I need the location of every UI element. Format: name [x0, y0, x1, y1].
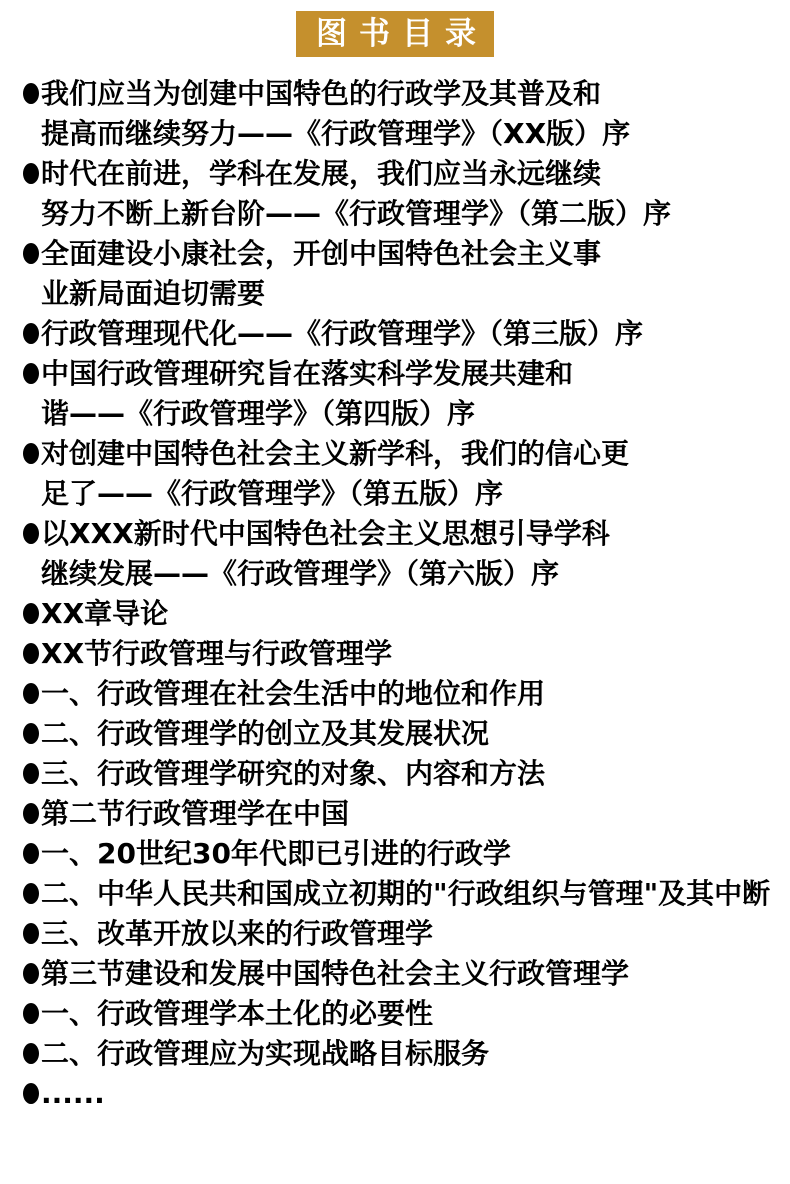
- toc-entry-text: 二、中华人民共和国成立初期的"行政组织与管理"及其中断: [41, 877, 770, 910]
- bullet-icon: [23, 523, 39, 544]
- page-title-badge: 图书目录: [296, 11, 494, 57]
- toc-entry: 一、行政管理学本土化的必要性: [23, 994, 774, 1034]
- bullet-icon: [23, 1003, 39, 1024]
- toc-entry-text: 我们应当为创建中国特色的行政学及其普及和 提高而继续努力——《行政管理学》（XX…: [41, 77, 630, 150]
- toc-entry-text: 第三节建设和发展中国特色社会主义行政管理学: [41, 957, 629, 990]
- bullet-icon: [23, 323, 39, 344]
- bullet-icon: [23, 163, 39, 184]
- toc-entry-text: XX节行政管理与行政管理学: [41, 637, 392, 670]
- bullet-icon: [23, 923, 39, 944]
- toc-entry-text: 二、行政管理应为实现战略目标服务: [41, 1037, 489, 1070]
- toc-entry-text: 一、行政管理在社会生活中的地位和作用: [41, 677, 545, 710]
- toc-entry: 三、行政管理学研究的对象、内容和方法: [23, 754, 774, 794]
- toc-entry: 二、中华人民共和国成立初期的"行政组织与管理"及其中断: [23, 874, 774, 914]
- bullet-icon: [23, 243, 39, 264]
- toc-entry: 中国行政管理研究旨在落实科学发展共建和 谐——《行政管理学》（第四版）序: [23, 354, 774, 434]
- toc-entry: 一、行政管理在社会生活中的地位和作用: [23, 674, 774, 714]
- bullet-icon: [23, 603, 39, 624]
- toc-entry: 行政管理现代化——《行政管理学》（第三版）序: [23, 314, 774, 354]
- bullet-icon: [23, 643, 39, 664]
- toc-entry-text: 一、行政管理学本土化的必要性: [41, 997, 433, 1030]
- toc-entry: ......: [23, 1074, 774, 1114]
- bullet-icon: [23, 443, 39, 464]
- bullet-icon: [23, 1083, 39, 1104]
- toc-entry: XX节行政管理与行政管理学: [23, 634, 774, 674]
- toc-entry-text: 时代在前进，学科在发展，我们应当永远继续 努力不断上新台阶——《行政管理学》（第…: [41, 157, 671, 230]
- toc-entry: 第二节行政管理学在中国: [23, 794, 774, 834]
- toc-list: 我们应当为创建中国特色的行政学及其普及和 提高而继续努力——《行政管理学》（XX…: [0, 57, 790, 1114]
- bullet-icon: [23, 683, 39, 704]
- toc-entry-text: 三、改革开放以来的行政管理学: [41, 917, 433, 950]
- toc-entry-text: 二、行政管理学的创立及其发展状况: [41, 717, 489, 750]
- toc-entry: 时代在前进，学科在发展，我们应当永远继续 努力不断上新台阶——《行政管理学》（第…: [23, 154, 774, 234]
- bullet-icon: [23, 83, 39, 104]
- bullet-icon: [23, 723, 39, 744]
- book-toc-page: 图书目录 我们应当为创建中国特色的行政学及其普及和 提高而继续努力——《行政管理…: [0, 0, 790, 1184]
- toc-entry: XX章导论: [23, 594, 774, 634]
- bullet-icon: [23, 1043, 39, 1064]
- header: 图书目录: [0, 0, 790, 57]
- bullet-icon: [23, 963, 39, 984]
- toc-entry-text: 一、20世纪30年代即已引进的行政学: [41, 837, 511, 870]
- toc-entry: 我们应当为创建中国特色的行政学及其普及和 提高而继续努力——《行政管理学》（XX…: [23, 74, 774, 154]
- toc-entry: 三、改革开放以来的行政管理学: [23, 914, 774, 954]
- bullet-icon: [23, 843, 39, 864]
- bullet-icon: [23, 763, 39, 784]
- toc-entry-text: 行政管理现代化——《行政管理学》（第三版）序: [41, 317, 643, 350]
- toc-entry-text: 以XXX新时代中国特色社会主义思想引导学科 继续发展——《行政管理学》（第六版）…: [41, 517, 610, 590]
- toc-entry-text: 三、行政管理学研究的对象、内容和方法: [41, 757, 545, 790]
- toc-entry: 一、20世纪30年代即已引进的行政学: [23, 834, 774, 874]
- toc-entry-text: 中国行政管理研究旨在落实科学发展共建和 谐——《行政管理学》（第四版）序: [41, 357, 573, 430]
- toc-entry-text: 对创建中国特色社会主义新学科，我们的信心更 足了——《行政管理学》（第五版）序: [41, 437, 629, 510]
- toc-entry: 对创建中国特色社会主义新学科，我们的信心更 足了——《行政管理学》（第五版）序: [23, 434, 774, 514]
- bullet-icon: [23, 883, 39, 904]
- bullet-icon: [23, 363, 39, 384]
- toc-entry-text: XX章导论: [41, 597, 168, 630]
- toc-entry: 以XXX新时代中国特色社会主义思想引导学科 继续发展——《行政管理学》（第六版）…: [23, 514, 774, 594]
- toc-entry: 第三节建设和发展中国特色社会主义行政管理学: [23, 954, 774, 994]
- toc-entry: 二、行政管理学的创立及其发展状况: [23, 714, 774, 754]
- toc-entry: 二、行政管理应为实现战略目标服务: [23, 1034, 774, 1074]
- bullet-icon: [23, 803, 39, 824]
- toc-entry-text: 第二节行政管理学在中国: [41, 797, 349, 830]
- toc-entry: 全面建设小康社会，开创中国特色社会主义事 业新局面迫切需要: [23, 234, 774, 314]
- toc-entry-text: ......: [41, 1077, 105, 1110]
- toc-entry-text: 全面建设小康社会，开创中国特色社会主义事 业新局面迫切需要: [41, 237, 601, 310]
